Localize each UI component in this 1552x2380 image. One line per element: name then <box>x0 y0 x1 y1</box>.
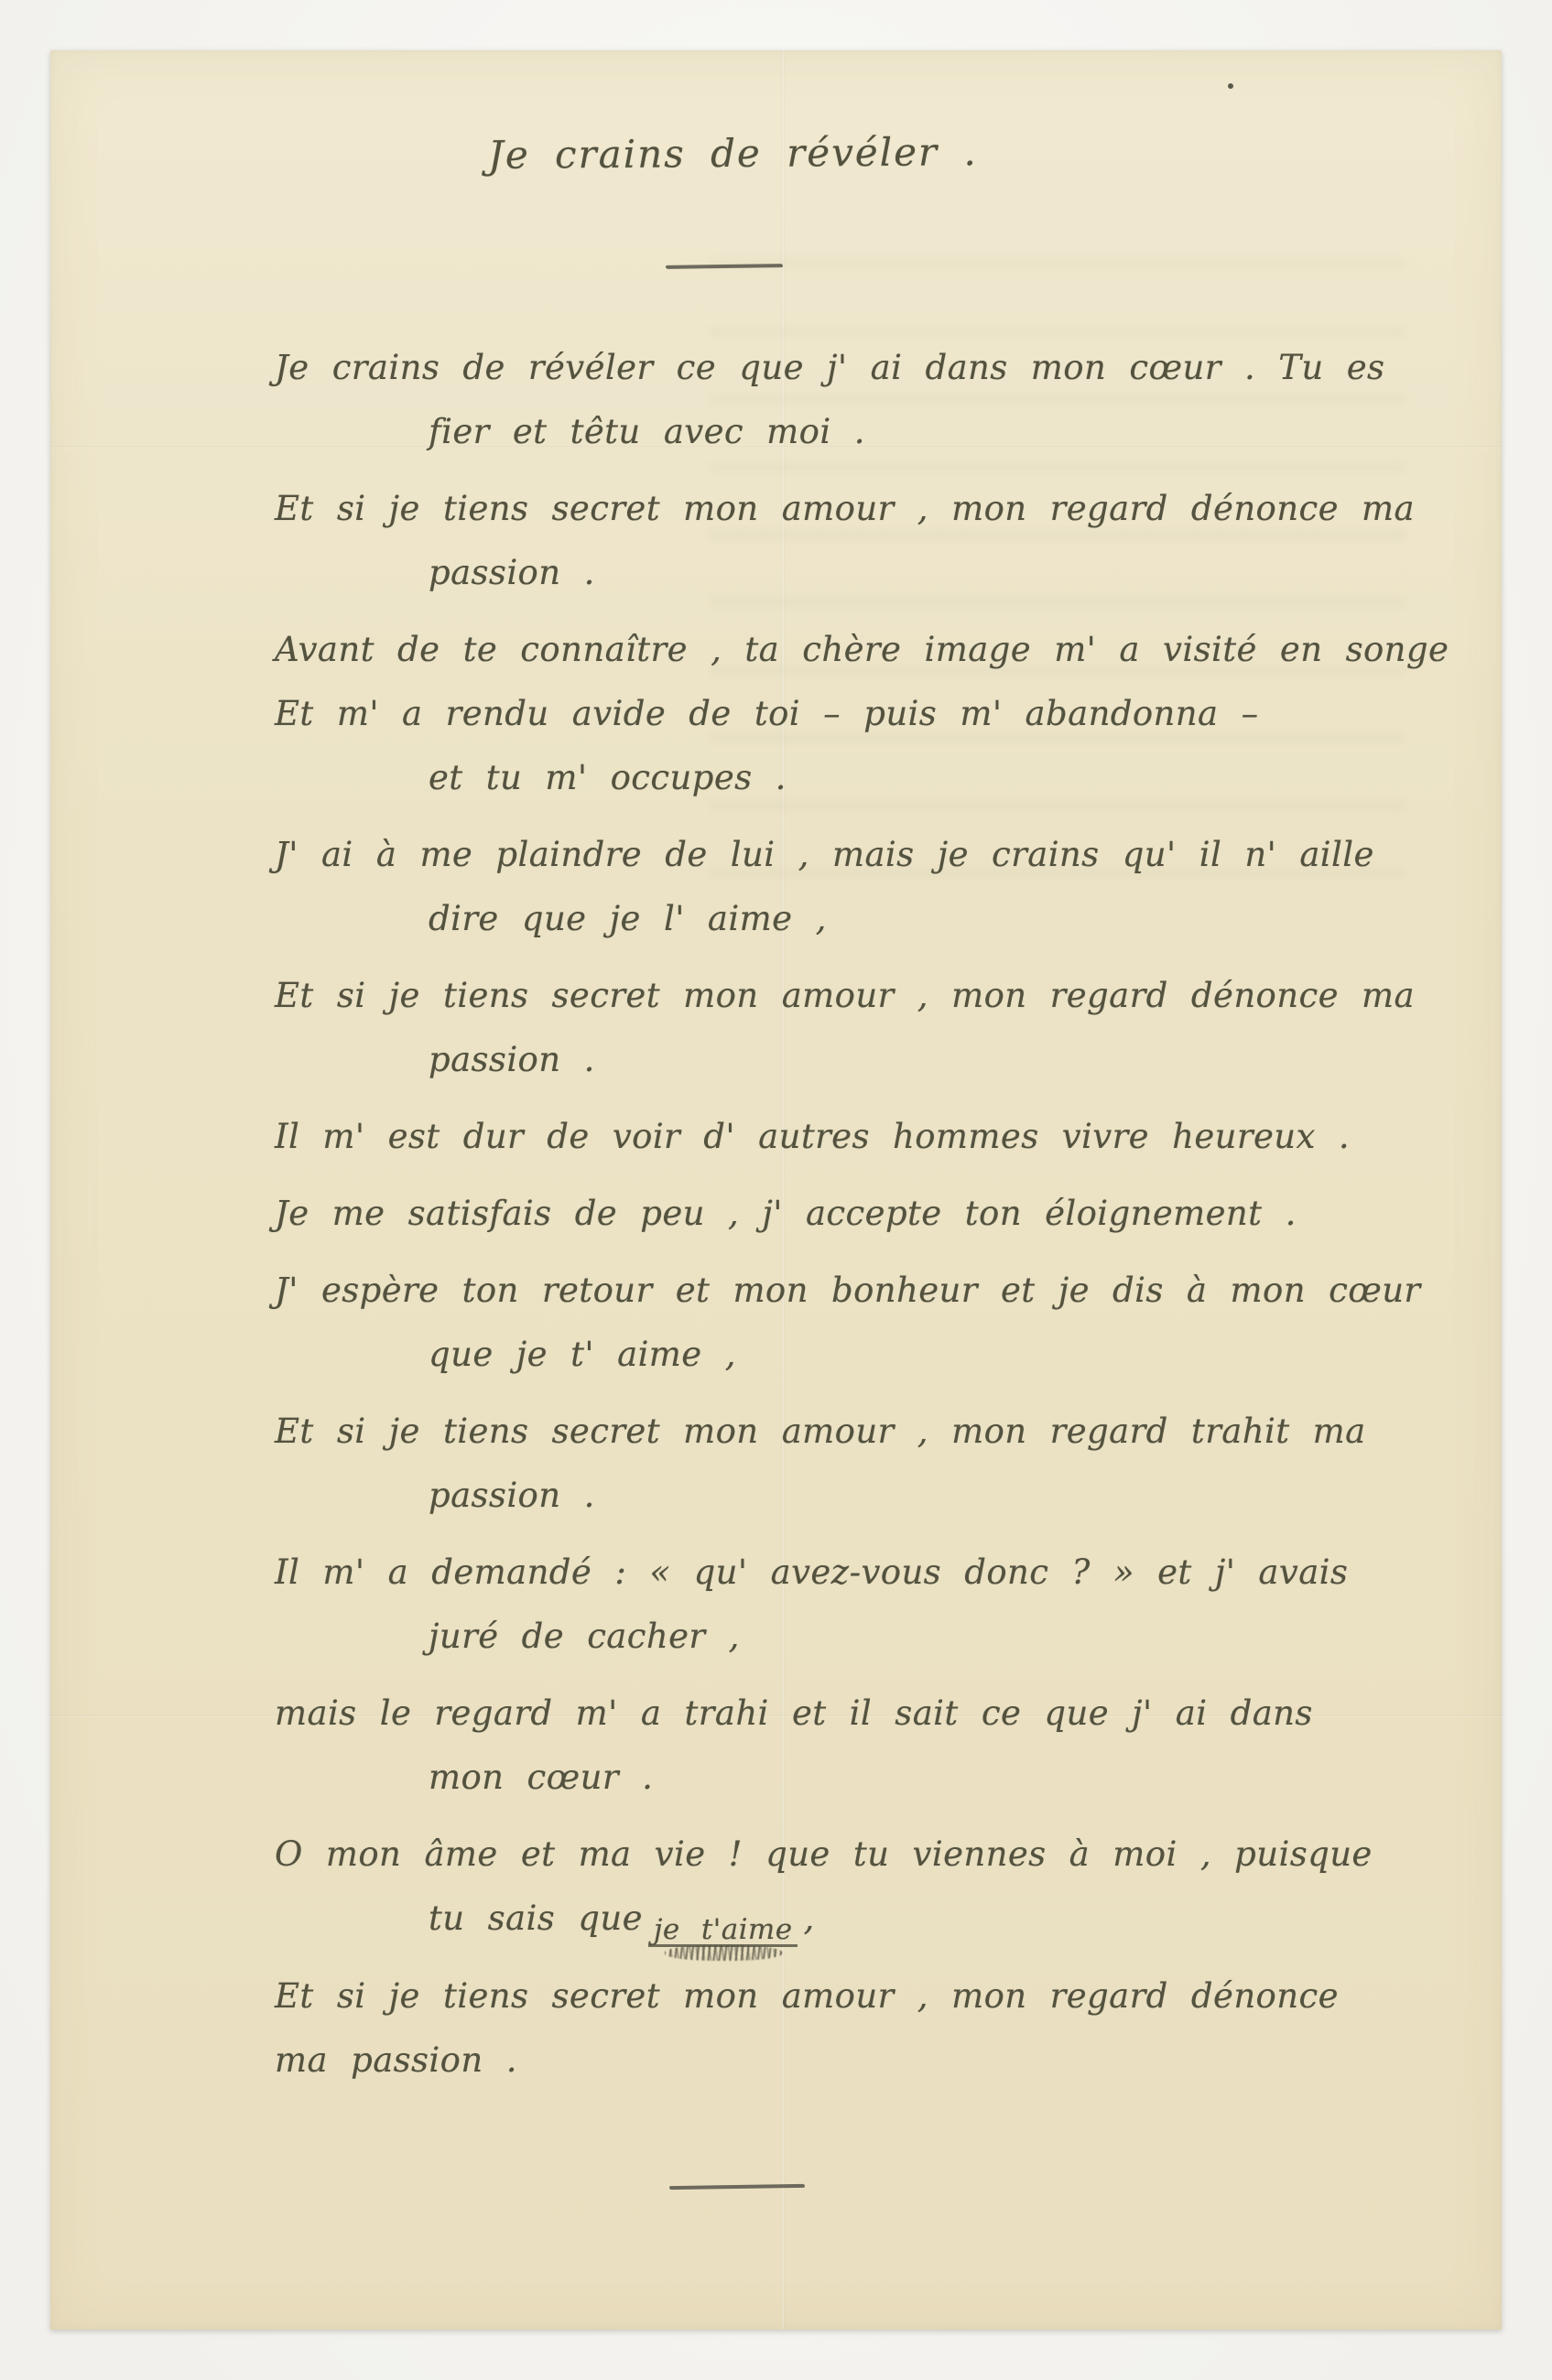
poem-line-text: Il m' a demandé : « qu' avez-vous donc ?… <box>275 1552 1348 1592</box>
poem-line-text: Il m' est dur de voir d' autres hommes v… <box>275 1117 1350 1156</box>
poem-line: J' espère ton retour et mon bonheur et j… <box>275 1259 1447 1323</box>
poem-line: et tu m' occupes . <box>429 746 1447 810</box>
poem-line: Et si je tiens secret mon amour , mon re… <box>275 1400 1447 1464</box>
poem-line-text: Et si je tiens secret mon amour , mon re… <box>275 1976 1339 2016</box>
poem-line-text: dire que je l' aime , <box>429 899 827 938</box>
poem-line: Il m' est dur de voir d' autres hommes v… <box>275 1105 1447 1169</box>
poem-line-text: O mon âme et ma vie ! que tu viennes à m… <box>275 1834 1373 1874</box>
poem-line-text: passion . <box>429 1476 595 1515</box>
poem-line: fier et têtu avec moi . <box>429 400 1447 464</box>
poem-line-text: Et si je tiens secret mon amour , mon re… <box>275 1412 1366 1451</box>
poem-line: passion . <box>429 1464 1447 1528</box>
stanza: mais le regard m' a trahi et il sait ce … <box>275 1682 1447 1810</box>
poem-line: passion . <box>429 541 1447 605</box>
poem-line-text: tu sais que <box>429 1899 643 1938</box>
poem-line-text: mais le regard m' a trahi et il sait ce … <box>275 1693 1313 1733</box>
struck-out-scribble <box>665 1945 782 1961</box>
manuscript-page: Je crains de révéler . Je crains de révé… <box>50 50 1502 2330</box>
correction-written-above: je t'aime <box>648 1917 798 1947</box>
poem-line: juré de cacher , <box>429 1605 1447 1669</box>
stanza: Je crains de révéler ce que j' ai dans m… <box>275 336 1447 464</box>
correction-trailing-punctuation: , <box>803 1899 814 1938</box>
poem-line: tu sais queje t'aime, <box>429 1887 1447 1952</box>
poem-line-text: passion . <box>429 553 595 592</box>
poem-line: dire que je l' aime , <box>429 887 1447 951</box>
poem-line-text: et tu m' occupes . <box>429 758 787 797</box>
poem-line: Et si je tiens secret mon amour , mon re… <box>275 477 1447 541</box>
poem-title: Je crains de révéler . <box>488 129 978 178</box>
stanza: Et si je tiens secret mon amour , mon re… <box>275 964 1447 1092</box>
poem-line-text: Et m' a rendu avide de toi – puis m' aba… <box>275 694 1259 733</box>
poem-line-text: Et si je tiens secret mon amour , mon re… <box>275 489 1415 528</box>
stanza: J' espère ton retour et mon bonheur et j… <box>275 1259 1447 1387</box>
stanza: O mon âme et ma vie ! que tu viennes à m… <box>275 1823 1447 1952</box>
stanza: Je me satisfais de peu , j' accepte ton … <box>275 1182 1447 1246</box>
poem-line: Je crains de révéler ce que j' ai dans m… <box>275 336 1447 400</box>
poem-line-text: passion . <box>429 1040 595 1079</box>
poem-line: passion . <box>429 1028 1447 1092</box>
poem-line-text: que je t' aime , <box>429 1335 736 1374</box>
poem-line: Avant de te connaître , ta chère image m… <box>275 618 1447 682</box>
poem-line-text: Et si je tiens secret mon amour , mon re… <box>275 976 1415 1015</box>
poem-line-text: J' ai à me plaindre de lui , mais je cra… <box>275 835 1374 874</box>
poem-line: Et m' a rendu avide de toi – puis m' aba… <box>275 682 1447 746</box>
poem-line-text: fier et têtu avec moi . <box>429 412 865 451</box>
title-divider-line <box>666 264 783 269</box>
poem-line: mon cœur . <box>429 1746 1447 1810</box>
poem-line-text: Je crains de révéler ce que j' ai dans m… <box>275 348 1384 387</box>
poem-line: ma passion . <box>275 2028 1447 2093</box>
poem-line-text: J' espère ton retour et mon bonheur et j… <box>275 1271 1421 1310</box>
poem-line: Et si je tiens secret mon amour , mon re… <box>275 1964 1447 2028</box>
poem-line: Je me satisfais de peu , j' accepte ton … <box>275 1182 1447 1246</box>
poem-line-text: mon cœur . <box>429 1758 653 1797</box>
poem-line-text: juré de cacher , <box>429 1617 740 1656</box>
poem-line: que je t' aime , <box>429 1323 1447 1387</box>
poem-line-text: Avant de te connaître , ta chère image m… <box>275 630 1449 669</box>
poem-line: O mon âme et ma vie ! que tu viennes à m… <box>275 1823 1447 1887</box>
stanza: Avant de te connaître , ta chère image m… <box>275 618 1447 810</box>
stanza: Il m' est dur de voir d' autres hommes v… <box>275 1105 1447 1169</box>
poem-line-text: ma passion . <box>275 2040 517 2080</box>
poem-line: Il m' a demandé : « qu' avez-vous donc ?… <box>275 1541 1447 1605</box>
poem-line: Et si je tiens secret mon amour , mon re… <box>275 964 1447 1028</box>
photo-background: Je crains de révéler . Je crains de révé… <box>0 0 1552 2380</box>
stanza: Et si je tiens secret mon amour , mon re… <box>275 1964 1447 2093</box>
ink-dot <box>1228 83 1233 89</box>
poem-line: mais le regard m' a trahi et il sait ce … <box>275 1682 1447 1746</box>
poem-body: Je crains de révéler ce que j' ai dans m… <box>275 336 1447 2105</box>
stanza: Et si je tiens secret mon amour , mon re… <box>275 1400 1447 1528</box>
stanza: Et si je tiens secret mon amour , mon re… <box>275 477 1447 605</box>
poem-line-text: Je me satisfais de peu , j' accepte ton … <box>275 1194 1297 1233</box>
stanza: J' ai à me plaindre de lui , mais je cra… <box>275 823 1447 951</box>
stanza: Il m' a demandé : « qu' avez-vous donc ?… <box>275 1541 1447 1669</box>
poem-line: J' ai à me plaindre de lui , mais je cra… <box>275 823 1447 887</box>
inline-correction: je t'aime <box>648 1917 798 1961</box>
